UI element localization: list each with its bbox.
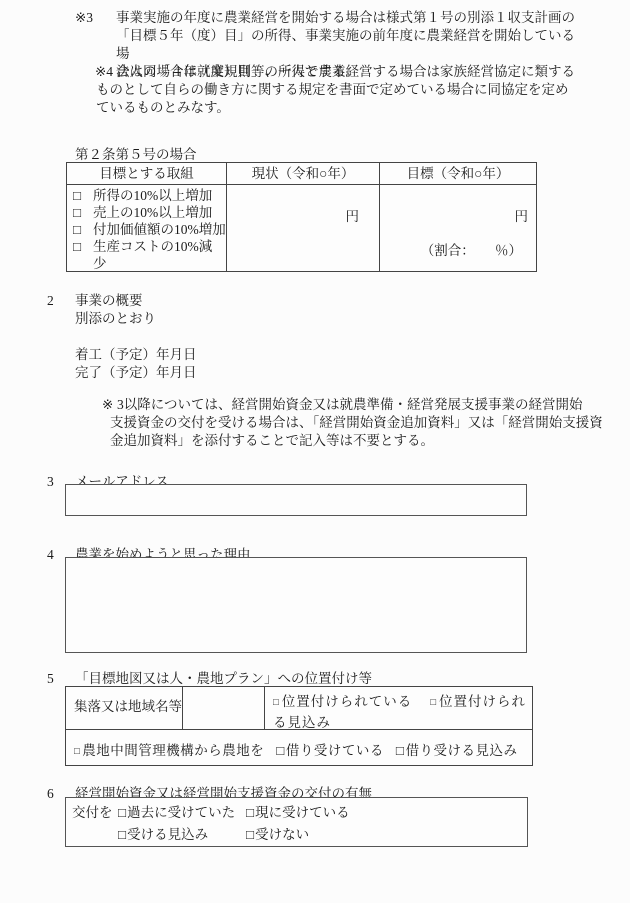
goal-option-income[interactable]: □ 所得の10%以上増加 [73,187,226,204]
section-5-heading: 5「目標地図又は人・農地プラン」への位置付け等 [47,667,372,687]
grant-option-label: 受けない [255,827,309,842]
checkbox-icon[interactable]: □ [74,747,80,757]
goal-option-label: 付加価値額の10%増加 [93,221,226,238]
grant-option-past[interactable]: □過去に受けていた [118,802,246,824]
current-yen-unit: 円 [346,205,360,225]
goals-table-header-row: 目標とする取組 現状（令和○年） 目標（令和○年） [67,163,536,185]
reason-input-box[interactable] [65,557,527,653]
community-name-input-cell[interactable] [183,687,265,729]
start-date-label: 着工（予定）年月日 [75,343,197,363]
goals-header-current: 現状（令和○年） [227,163,380,184]
section-2-body: 別添のとおり [75,307,156,327]
goals-table-body-row: □ 所得の10%以上増加 □ 売上の10%以上増加 □ 付加価値額の10%増加 … [67,185,536,271]
grant-options: □過去に受けていた □現に受けている □受ける見込み □受けない [118,802,350,846]
farmland-option-label[interactable]: 借り受けている [286,743,384,758]
grant-option-label: 受ける見込み [127,827,208,842]
completion-date-label: 完了（予定）年月日 [75,361,197,381]
checkbox-icon[interactable]: □ [73,238,93,272]
grant-option-label: 現に受けている [255,805,350,820]
note-4-text: 法人の場合は就業規則等、一人で農業経営する場合は家族経営協定に類する ものとして… [96,64,575,115]
grant-status-box: 交付を □過去に受けていた □現に受けている □受ける見込み □受けない [65,797,528,847]
checkbox-icon[interactable]: □ [246,805,254,820]
goals-header-target: 目標（令和○年） [380,163,536,184]
farmland-bank-lead-label[interactable]: 農地中間管理機構から農地を [82,743,264,758]
note-3-marker: ※3 [75,9,93,27]
checkbox-icon[interactable]: □ [118,805,126,820]
grant-option-current[interactable]: □現に受けている [246,802,350,824]
form-document-page: ※3 事業実施の年度に農業経営を開始する場合は様式第１号の別添１収支計画の 「目… [0,0,630,903]
section-5-number: 5 [47,671,75,687]
goals-header-initiative: 目標とする取組 [67,163,227,184]
section-2-heading: 2事業の概要 [47,289,143,309]
case-heading: 第２条第５号の場合 [75,143,197,163]
email-input-box[interactable] [65,484,527,516]
goal-option-label: 生産コストの10%減 少 [93,238,212,272]
section-2-number: 2 [47,293,75,309]
plan-placement-row-1: 集落又は地域名等 □位置付けられている□位置付けられる見込み [66,687,532,729]
checkbox-icon[interactable]: □ [73,204,93,221]
placement-option-label[interactable]: 位置付けられている [282,694,413,709]
community-name-label: 集落又は地域名等 [66,687,183,729]
target-ratio-label: （割合： ％） [421,239,522,259]
grant-option-expected[interactable]: □受ける見込み [118,824,246,846]
checkbox-icon[interactable]: □ [273,698,280,708]
goals-target-cell[interactable]: 円 （割合： ％） [380,185,536,271]
plan-placement-row-2: □農地中間管理機構から農地を□借り受けている□借り受ける見込み [66,729,532,765]
checkbox-icon[interactable]: □ [246,827,254,842]
goal-option-label: 売上の10%以上増加 [93,204,212,221]
section-5-title: 「目標地図又は人・農地プラン」への位置付け等 [75,671,372,686]
grant-option-none[interactable]: □受けない [246,824,350,846]
note-4-marker: ※4 [75,63,113,81]
note-4: ※4 法人の場合は就業規則等、一人で農業経営する場合は家族経営協定に類する もの… [75,63,580,117]
checkbox-icon[interactable]: □ [73,221,93,238]
checkbox-icon[interactable]: □ [73,187,93,204]
checkbox-icon[interactable]: □ [276,743,285,758]
grant-lead-label: 交付を [72,802,118,846]
note-mid: ※ 3以降については、経営開始資金又は就農準備・経営発展支援事業の経営開始 支援… [95,396,615,450]
checkbox-icon[interactable]: □ [430,698,437,708]
target-yen-unit: 円 [515,205,529,225]
note-mid-marker: ※ [95,396,113,414]
placement-options-cell: □位置付けられている□位置付けられる見込み [265,687,532,729]
grant-option-label: 過去に受けていた [127,805,235,820]
note-mid-text: 3以降については、経営開始資金又は就農準備・経営発展支援事業の経営開始 支援資金… [110,397,603,448]
checkbox-icon[interactable]: □ [118,827,126,842]
goal-option-label: 所得の10%以上増加 [93,187,212,204]
plan-placement-table: 集落又は地域名等 □位置付けられている□位置付けられる見込み □農地中間管理機構… [65,686,533,766]
goal-option-sales[interactable]: □ 売上の10%以上増加 [73,204,226,221]
goal-option-cost-reduction[interactable]: □ 生産コストの10%減 少 [73,238,226,272]
farmland-option-label[interactable]: 借り受ける見込み [406,743,518,758]
goals-table: 目標とする取組 現状（令和○年） 目標（令和○年） □ 所得の10%以上増加 □… [66,162,537,272]
goals-current-cell[interactable]: 円 [227,185,380,271]
goal-option-added-value[interactable]: □ 付加価値額の10%増加 [73,221,226,238]
checkbox-icon[interactable]: □ [396,743,405,758]
goals-initiative-cell: □ 所得の10%以上増加 □ 売上の10%以上増加 □ 付加価値額の10%増加 … [67,185,227,271]
section-2-title: 事業の概要 [75,293,143,308]
